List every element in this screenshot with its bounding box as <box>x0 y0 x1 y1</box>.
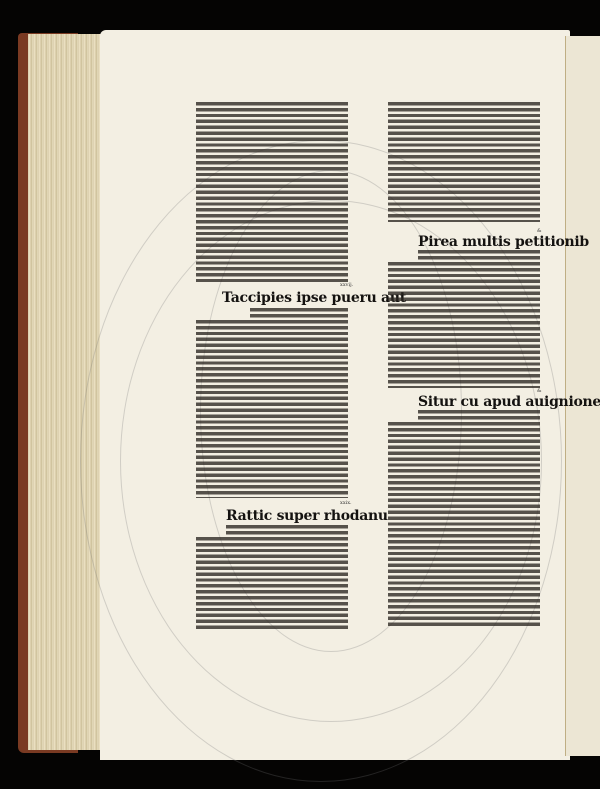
right-column-text-block-2a <box>418 250 540 262</box>
chapter-heading: Taccipies ipse pueru aut <box>222 290 406 306</box>
chapter-heading: Rattic super rhodanu <box>226 508 388 524</box>
chapter-heading: Situr cu apud auignione <box>418 394 600 410</box>
left-column-text-block-1 <box>196 102 348 282</box>
right-column-text-block-2 <box>388 262 540 388</box>
right-column-text-block-1 <box>388 102 540 222</box>
chapter-heading: Pirea multis petitionib <box>418 234 589 250</box>
left-column-text-block-3a <box>226 525 348 537</box>
chapter-number: xxix. <box>340 500 352 506</box>
left-column-text-block-3 <box>196 537 348 629</box>
chapter-number: xxvij. <box>340 282 353 288</box>
right-column-text-block-3 <box>388 422 540 628</box>
left-column-text-block-2 <box>196 320 348 498</box>
left-column-text-block-2a <box>250 308 348 320</box>
right-column-text-block-3a <box>418 410 540 422</box>
